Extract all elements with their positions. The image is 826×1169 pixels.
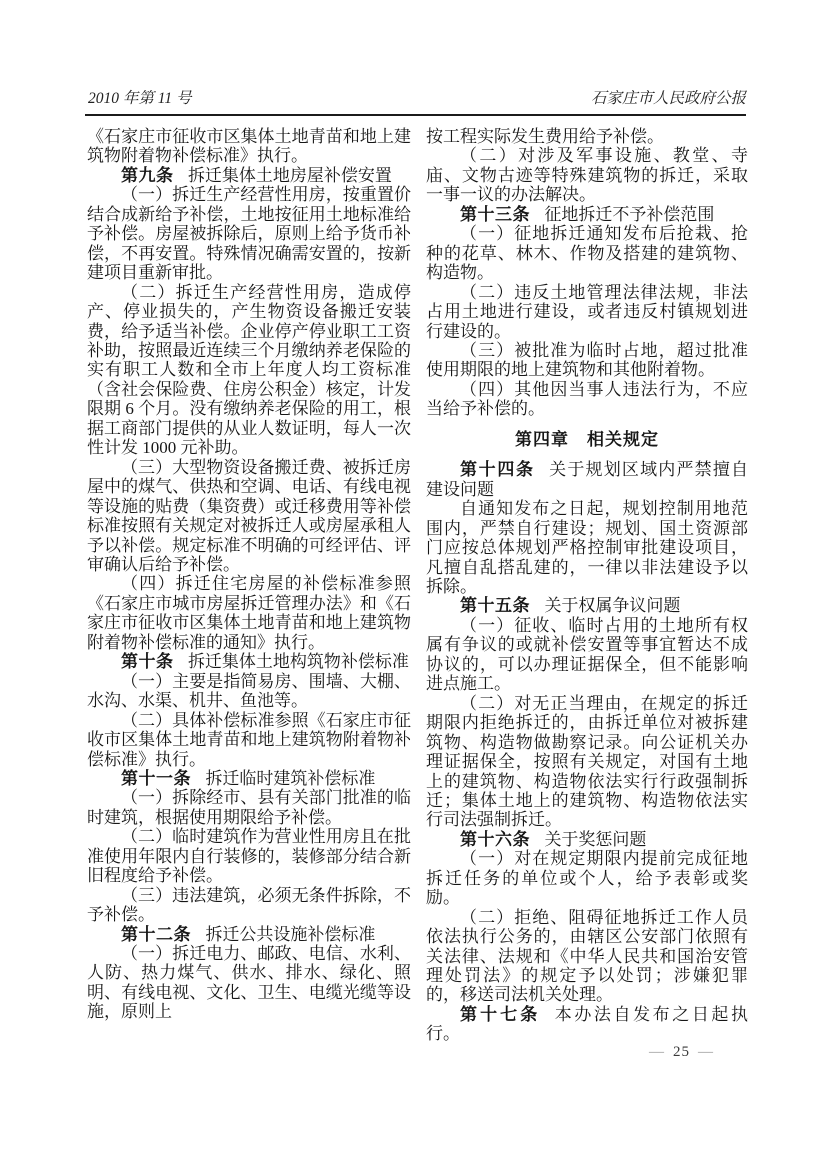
paragraph: （一）征地拆迁通知发布后抢栽、抢种的花草、林木、作物及搭建的建筑物、构造物。 — [426, 224, 748, 282]
paragraph-text: （二）对无正当理由，在规定的拆迁期限内拒绝拆迁的，由拆迁单位对被拆建筑物、构造物… — [426, 694, 748, 830]
paragraph-text: （一）主要是指简易房、围墙、大棚、水沟、水渠、机井、鱼池等。 — [87, 672, 411, 710]
paragraph: （一）征收、临时占用的土地所有权属有争议的或就补偿安置等事宜暂达不成协议的，可以… — [426, 616, 748, 694]
paragraph-text: （四）拆迁住宅房屋的补偿标准参照《石家庄市城市房屋拆迁管理办法》和《石家庄市征收… — [87, 574, 411, 651]
paragraph: 第十二条拆迁公共设施补偿标准 — [87, 925, 411, 944]
paragraph-text: 拆迁临时建筑补偿标准 — [205, 769, 375, 788]
paragraph-text: （四）其他因当事人违法行为，不应当给予补偿的。 — [426, 380, 748, 418]
page-number: 25 — [673, 1044, 690, 1060]
paragraph: （二）具体补偿标准参照《石家庄市征收市区集体土地青苗和地上建筑物附着物补偿标准》… — [87, 711, 411, 769]
paragraph: 《石家庄市征收市区集体土地青苗和地上建筑物附着物补偿标准》执行。 — [87, 127, 411, 166]
paragraph-text: （三）大型物资设备搬迁费、被拆迁房屋中的煤气、供热和空调、电话、有线电视等设施的… — [87, 458, 411, 574]
paragraph: （三）违法建筑，必须无条件拆除，不予补偿。 — [87, 886, 411, 925]
paragraph: （三）大型物资设备搬迁费、被拆迁房屋中的煤气、供热和空调、电话、有线电视等设施的… — [87, 458, 411, 575]
article-number: 第十七条 — [460, 1005, 540, 1024]
paragraph-text: （一）对在规定期限内提前完成征地拆迁任务的单位或个人，给予表彰或奖励。 — [426, 849, 748, 907]
paragraph-text: 第四章 相关规定 — [515, 430, 659, 449]
paragraph: （二）对无正当理由，在规定的拆迁期限内拒绝拆迁的，由拆迁单位对被拆建筑物、构造物… — [426, 694, 748, 830]
paragraph-text: （三）违法建筑，必须无条件拆除，不予补偿。 — [87, 886, 411, 924]
footer-dash-left: — — [641, 1044, 673, 1060]
gazette-page: 2010 年第 11 号 石家庄市人民政府公报 《石家庄市征收市区集体土地青苗和… — [0, 0, 826, 1169]
paragraph-text: 征地拆迁不予补偿范围 — [544, 205, 714, 224]
paragraph: 第十一条拆迁临时建筑补偿标准 — [87, 769, 411, 788]
paragraph: （二）对涉及军事设施、教堂、寺庙、文物古迹等特殊建筑物的拆迁，采取一事一议的办法… — [426, 146, 748, 204]
paragraph: （一）对在规定期限内提前完成征地拆迁任务的单位或个人，给予表彰或奖励。 — [426, 849, 748, 907]
page-footer: —25— — [641, 1044, 722, 1061]
paragraph-text: 关于奖惩问题 — [544, 830, 646, 849]
article-number: 第十三条 — [460, 205, 530, 224]
paragraph: 第十五条关于权属争议问题 — [426, 596, 748, 615]
paragraph-text: （一）拆迁电力、邮政、电信、水利、人防、热力煤气、供水、排水、绿化、照明、有线电… — [87, 944, 411, 1021]
paragraph: 按工程实际发生费用给予补偿。 — [426, 127, 748, 146]
article-number: 第十五条 — [460, 596, 530, 615]
paragraph: 第十三条征地拆迁不予补偿范围 — [426, 205, 748, 224]
paragraph: （一）拆迁生产经营性用房，按重置价结合成新给予补偿，土地按征用土地标准给予补偿。… — [87, 185, 411, 282]
paragraph: 第九条拆迁集体土地房屋补偿安置 — [87, 166, 411, 185]
paragraph: （二）临时建筑作为营业性用房且在批准使用年限内自行装修的，装修部分结合新旧程度给… — [87, 827, 411, 885]
paragraph: （四）拆迁住宅房屋的补偿标准参照《石家庄市城市房屋拆迁管理办法》和《石家庄市征收… — [87, 574, 411, 652]
header-rule — [85, 114, 746, 116]
paragraph: 自通知发布之日起，规划控制用地范围内，严禁自行建设；规划、国土资源部门应按总体规… — [426, 499, 748, 596]
paragraph: （一）主要是指简易房、围墙、大棚、水沟、水渠、机井、鱼池等。 — [87, 672, 411, 711]
paragraph-text: （二）具体补偿标准参照《石家庄市征收市区集体土地青苗和地上建筑物附着物补偿标准》… — [87, 711, 411, 769]
article-number: 第十一条 — [121, 769, 191, 788]
paragraph-text: （二）违反土地管理法律法规，非法占用土地进行建设，或者违反村镇规划进行建设的。 — [426, 283, 748, 341]
paragraph: （二）拆迁生产经营性用房，造成停产、停业损失的，产生物资设备搬迁安装费，给予适当… — [87, 283, 411, 458]
gazette-title: 石家庄市人民政府公报 — [591, 86, 746, 108]
footer-dash-right: — — [690, 1044, 722, 1060]
article-number: 第十六条 — [460, 830, 530, 849]
paragraph: （一）拆除经市、县有关部门批准的临时建筑，根据使用期限给予补偿。 — [87, 788, 411, 827]
paragraph: （四）其他因当事人违法行为，不应当给予补偿的。 — [426, 380, 748, 419]
paragraph-text: （一）拆除经市、县有关部门批准的临时建筑，根据使用期限给予补偿。 — [87, 788, 411, 826]
paragraph: （一）拆迁电力、邮政、电信、水利、人防、热力煤气、供水、排水、绿化、照明、有线电… — [87, 944, 411, 1022]
paragraph-text: （三）被批准为临时占地，超过批准使用期限的地上建筑物和其他附着物。 — [426, 341, 748, 379]
article-number: 第十二条 — [121, 925, 191, 944]
paragraph: （二）违反土地管理法律法规，非法占用土地进行建设，或者违反村镇规划进行建设的。 — [426, 283, 748, 341]
paragraph-text: （一）拆迁生产经营性用房，按重置价结合成新给予补偿，土地按征用土地标准给予补偿。… — [87, 185, 411, 282]
paragraph: （三）被批准为临时占地，超过批准使用期限的地上建筑物和其他附着物。 — [426, 341, 748, 380]
paragraph-text: 《石家庄市征收市区集体土地青苗和地上建筑物附着物补偿标准》执行。 — [87, 127, 411, 165]
issue-number: 2010 年第 11 号 — [88, 86, 191, 108]
article-number: 第九条 — [121, 166, 174, 185]
paragraph: 第十七条本办法自发布之日起执行。 — [426, 1005, 748, 1044]
paragraph-text: （二）临时建筑作为营业性用房且在批准使用年限内自行装修的，装修部分结合新旧程度给… — [87, 827, 411, 885]
paragraph: 第十条拆迁集体土地构筑物补偿标准 — [87, 652, 411, 671]
paragraph-text: 自通知发布之日起，规划控制用地范围内，严禁自行建设；规划、国土资源部门应按总体规… — [426, 499, 748, 596]
paragraph-text: （二）拆迁生产经营性用房，造成停产、停业损失的，产生物资设备搬迁安装费，给予适当… — [87, 283, 411, 458]
paragraph-text: 按工程实际发生费用给予补偿。 — [426, 127, 664, 146]
paragraph-text: 拆迁集体土地房屋补偿安置 — [188, 166, 392, 185]
paragraph-text: （二）对涉及军事设施、教堂、寺庙、文物古迹等特殊建筑物的拆迁，采取一事一议的办法… — [426, 146, 748, 204]
article-number: 第十四条 — [460, 460, 535, 479]
chapter-heading: 第四章 相关规定 — [426, 430, 748, 449]
paragraph: 第十六条关于奖惩问题 — [426, 830, 748, 849]
text-column-right: 按工程实际发生费用给予补偿。（二）对涉及军事设施、教堂、寺庙、文物古迹等特殊建筑… — [426, 127, 748, 1044]
paragraph: （二）拒绝、阻碍征地拆迁工作人员依法执行公务的，由辖区公安部门依照有关法律、法规… — [426, 908, 748, 1005]
text-column-left: 《石家庄市征收市区集体土地青苗和地上建筑物附着物补偿标准》执行。第九条拆迁集体土… — [87, 127, 411, 1022]
article-number: 第十条 — [121, 652, 174, 671]
paragraph-text: 拆迁公共设施补偿标准 — [205, 925, 375, 944]
paragraph-text: （一）征地拆迁通知发布后抢栽、抢种的花草、林木、作物及搭建的建筑物、构造物。 — [426, 224, 748, 282]
paragraph-text: 拆迁集体土地构筑物补偿标准 — [188, 652, 409, 671]
paragraph-text: （二）拒绝、阻碍征地拆迁工作人员依法执行公务的，由辖区公安部门依照有关法律、法规… — [426, 908, 748, 1005]
paragraph-text: 关于权属争议问题 — [544, 596, 680, 615]
running-header: 2010 年第 11 号 石家庄市人民政府公报 — [88, 86, 746, 108]
paragraph: 第十四条关于规划区域内严禁擅自建设问题 — [426, 460, 748, 499]
paragraph-text: （一）征收、临时占用的土地所有权属有争议的或就补偿安置等事宜暂达不成协议的，可以… — [426, 616, 748, 693]
